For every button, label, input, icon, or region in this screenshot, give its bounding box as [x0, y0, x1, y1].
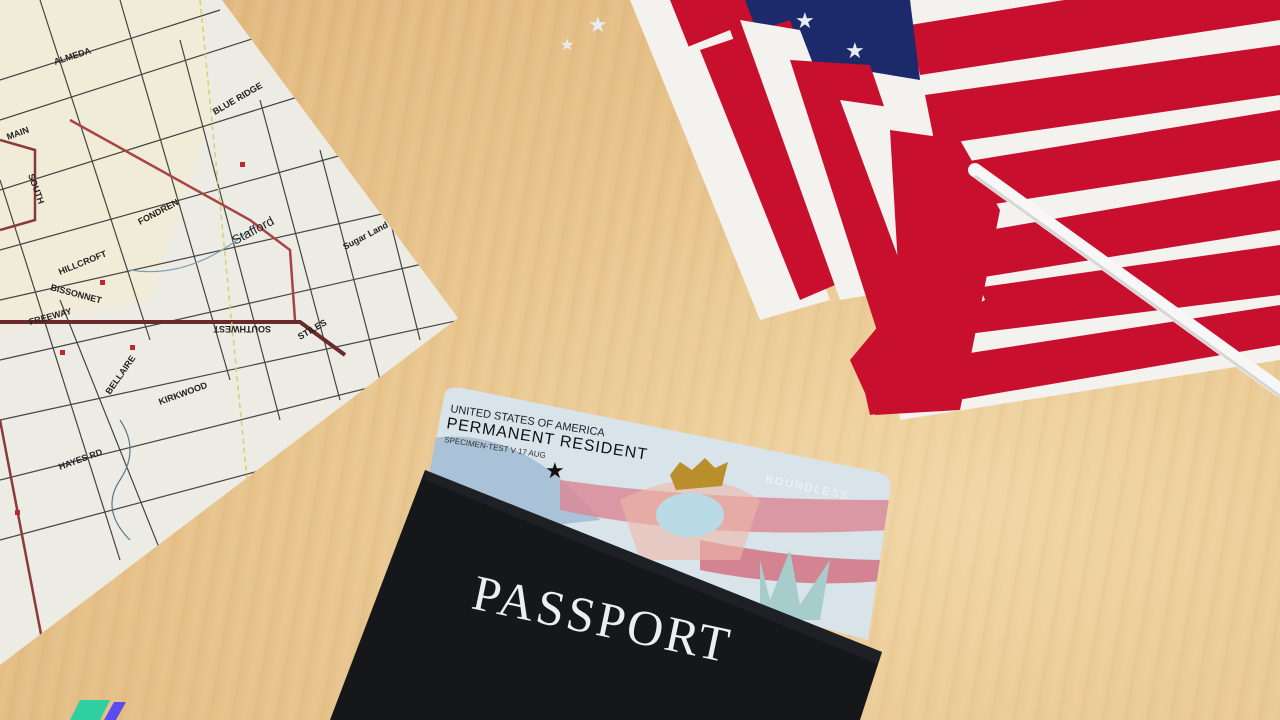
- scene-illustration: ALMEDA MAIN SOUTH BLUE RIDGE FONDREN Sta…: [0, 0, 1280, 720]
- us-flag: ★ ★ ★ ★: [540, 0, 1280, 420]
- svg-text:★: ★: [560, 37, 574, 54]
- svg-text:★: ★: [545, 458, 565, 483]
- brand-logo-icon: [70, 700, 130, 720]
- photo-scene: ALMEDA MAIN SOUTH BLUE RIDGE FONDREN Sta…: [0, 0, 1280, 720]
- svg-text:★: ★: [795, 8, 815, 33]
- map-label: SOUTHWEST: [213, 324, 271, 334]
- svg-text:★: ★: [845, 38, 865, 63]
- svg-text:★: ★: [588, 12, 608, 37]
